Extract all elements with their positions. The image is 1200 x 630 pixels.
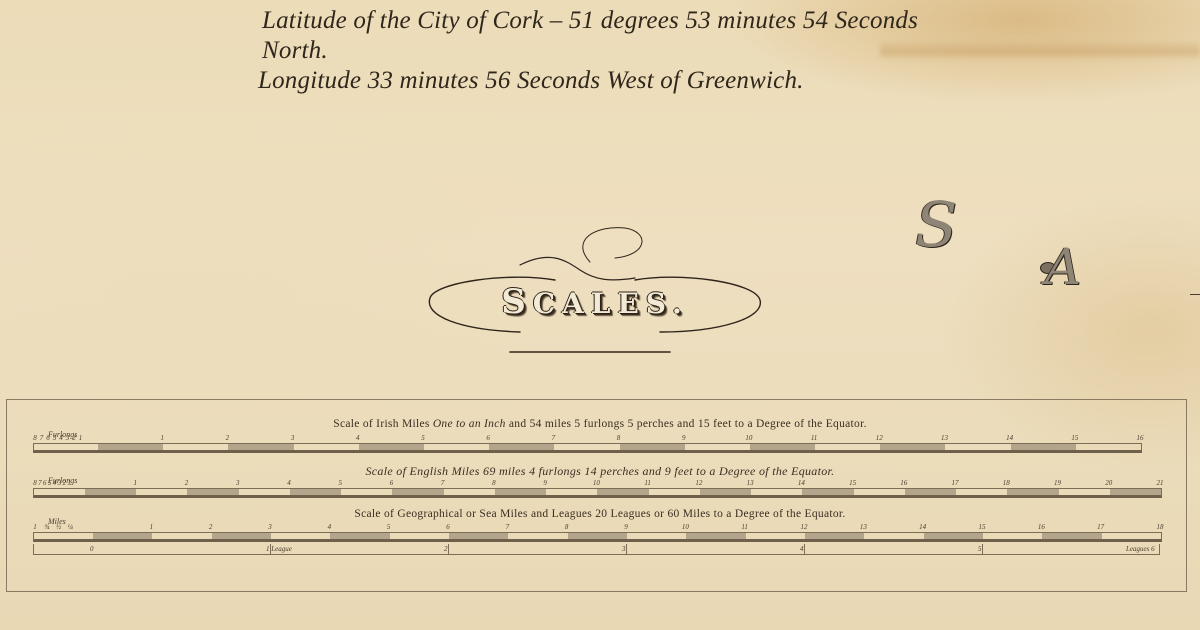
- mile-tick-label: 8: [617, 434, 621, 442]
- latitude-text: Latitude of the City of Cork – 51 degree…: [258, 6, 938, 66]
- league-label: 4: [800, 545, 804, 553]
- mile-tick-label: 1: [133, 479, 137, 487]
- mile-tick-label: 2: [226, 434, 230, 442]
- scale-segment: [228, 444, 293, 450]
- english-scale-caption: Scale of English Miles 69 miles 4 furlon…: [0, 464, 1200, 479]
- mile-tick-label: 2: [209, 523, 213, 531]
- subdivision-tick-label: 7: [40, 434, 44, 442]
- scale-segment: [620, 444, 685, 450]
- geographical-scale-caption: Scale of Geographical or Sea Miles and L…: [0, 508, 1200, 520]
- mile-tick-label: 13: [941, 434, 948, 442]
- scale-segment: [98, 444, 163, 450]
- mile-tick-label: 14: [919, 523, 926, 531]
- leagues-scale-bar: [33, 544, 1160, 555]
- scale-segment: [330, 533, 389, 539]
- title-initial: S: [501, 282, 533, 322]
- mile-tick-label: 9: [682, 434, 686, 442]
- mile-tick-label: 7: [506, 523, 510, 531]
- mile-tick-label: 6: [390, 479, 394, 487]
- subdivision-tick-label: 3: [66, 434, 70, 442]
- mile-tick-label: 10: [682, 523, 689, 531]
- subdivision-tick-label: 2: [72, 434, 76, 442]
- scale-segment: [924, 533, 983, 539]
- subdivision-tick-label: 1: [33, 523, 37, 531]
- irish-scale-caption: Scale of Irish Miles One to an Inch and …: [0, 418, 1200, 430]
- mile-tick-label: 3: [268, 523, 272, 531]
- scale-segment: [1007, 489, 1058, 495]
- decorative-letter-a: A: [1045, 238, 1081, 296]
- scale-segment: [1110, 489, 1161, 495]
- mile-tick-label: 15: [849, 479, 856, 487]
- mile-tick-label: 12: [695, 479, 702, 487]
- scale-bar: [33, 443, 1142, 453]
- league-label: 3: [622, 545, 626, 553]
- mile-tick-label: 1: [160, 434, 164, 442]
- longitude-text: Longitude 33 minutes 56 Seconds West of …: [258, 66, 938, 96]
- subdivision-tick-label: 4: [53, 479, 57, 487]
- subdivision-tick-label: 8: [33, 434, 37, 442]
- mile-tick-label: 10: [593, 479, 600, 487]
- scale-segment: [805, 533, 864, 539]
- league-tick: [626, 544, 627, 555]
- mile-tick-label: 17: [952, 479, 959, 487]
- scale-segment: [880, 444, 945, 450]
- mile-tick-label: 13: [747, 479, 754, 487]
- subdivision-tick-label: 5: [53, 434, 57, 442]
- mile-tick-label: 4: [287, 479, 291, 487]
- mile-tick-label: 21: [1157, 479, 1164, 487]
- scale-segment: [905, 489, 956, 495]
- title-cartouche: SCALES.: [420, 220, 770, 360]
- mile-tick-label: 15: [1071, 434, 1078, 442]
- scale-segment: [359, 444, 424, 450]
- mile-tick-label: 19: [1054, 479, 1061, 487]
- mile-tick-label: 6: [446, 523, 450, 531]
- mile-tick-label: 7: [441, 479, 445, 487]
- league-label: 2: [444, 545, 448, 553]
- scale-segment: [1011, 444, 1076, 450]
- league-tick: [982, 544, 983, 555]
- mile-tick-label: 5: [387, 523, 391, 531]
- league-tick: [804, 544, 805, 555]
- subdivision-tick-label: 3: [58, 479, 62, 487]
- mile-tick-label: 3: [236, 479, 240, 487]
- league-label: 1 League: [266, 545, 292, 553]
- scale-bar: [33, 532, 1162, 542]
- coordinates-inscription: Latitude of the City of Cork – 51 degree…: [258, 6, 938, 96]
- mile-tick-label: 11: [644, 479, 650, 487]
- irish-caption-prefix: Scale of Irish Miles: [333, 418, 429, 430]
- scale-segment: [495, 489, 546, 495]
- mile-tick-label: 6: [486, 434, 490, 442]
- mile-tick-label: 8: [492, 479, 496, 487]
- subdivision-tick-label: 2: [63, 479, 67, 487]
- scale-bar: [33, 488, 1162, 498]
- mile-tick-label: 15: [979, 523, 986, 531]
- mile-tick-label: 14: [798, 479, 805, 487]
- mile-tick-label: 7: [552, 434, 556, 442]
- mile-tick-label: 20: [1105, 479, 1112, 487]
- mile-tick-label: 9: [543, 479, 547, 487]
- mile-tick-label: 1: [150, 523, 154, 531]
- page-title: SCALES.: [420, 282, 770, 322]
- scale-segment: [597, 489, 648, 495]
- league-tick: [448, 544, 449, 555]
- scale-segment: [700, 489, 751, 495]
- mile-tick-label: 17: [1097, 523, 1104, 531]
- edge-mark: [1190, 294, 1200, 295]
- subdivision-tick-label: 5: [48, 479, 52, 487]
- subdivision-tick-label: 4: [59, 434, 63, 442]
- mile-tick-label: 11: [811, 434, 817, 442]
- mile-tick-label: 12: [876, 434, 883, 442]
- irish-caption-italic: One to an Inch: [433, 418, 506, 430]
- mile-tick-label: 5: [421, 434, 425, 442]
- subdivision-tick-label: ½: [56, 523, 61, 531]
- subdivision-tick-label: 1: [79, 434, 83, 442]
- scale-segment: [85, 489, 136, 495]
- subdivision-tick-label: 6: [43, 479, 47, 487]
- scale-segment: [212, 533, 271, 539]
- decorative-letter-s: S: [915, 188, 957, 261]
- mile-tick-label: 16: [900, 479, 907, 487]
- mile-tick-label: 5: [338, 479, 342, 487]
- mile-tick-label: 2: [185, 479, 189, 487]
- subdivision-tick-label: 7: [38, 479, 42, 487]
- scale-segment: [187, 489, 238, 495]
- subdivision-tick-label: ¾: [44, 523, 49, 531]
- subdivision-tick-label: 1: [67, 479, 71, 487]
- mile-tick-label: 4: [328, 523, 332, 531]
- scale-segment: [93, 533, 152, 539]
- scale-segment: [449, 533, 508, 539]
- scale-segment: [568, 533, 627, 539]
- mile-tick-label: 8: [565, 523, 569, 531]
- scale-segment: [392, 489, 443, 495]
- scale-segment: [290, 489, 341, 495]
- subdivision-tick-label: 6: [46, 434, 50, 442]
- mile-tick-label: 10: [745, 434, 752, 442]
- scale-segment: [750, 444, 815, 450]
- title-rest: CALES.: [533, 287, 689, 320]
- mile-tick-label: 3: [291, 434, 295, 442]
- league-label: 0: [90, 545, 94, 553]
- mile-tick-label: 16: [1038, 523, 1045, 531]
- mile-tick-label: 18: [1157, 523, 1164, 531]
- subdivision-tick-label: ¼: [68, 523, 73, 531]
- scale-segment: [1042, 533, 1101, 539]
- mile-tick-label: 12: [801, 523, 808, 531]
- mile-tick-label: 4: [356, 434, 360, 442]
- mile-tick-label: 9: [624, 523, 628, 531]
- mile-tick-label: 14: [1006, 434, 1013, 442]
- irish-caption-suffix: and 54 miles 5 furlongs 5 perches and 15…: [509, 418, 867, 430]
- scale-segment: [686, 533, 745, 539]
- mile-tick-label: 11: [741, 523, 747, 531]
- league-label: 5: [978, 545, 982, 553]
- scale-segment: [489, 444, 554, 450]
- mile-tick-label: 16: [1137, 434, 1144, 442]
- scale-segment: [802, 489, 853, 495]
- league-label: Leagues 6: [1126, 545, 1155, 553]
- subdivision-tick-label: 8: [33, 479, 37, 487]
- mile-tick-label: 18: [1003, 479, 1010, 487]
- mile-tick-label: 13: [860, 523, 867, 531]
